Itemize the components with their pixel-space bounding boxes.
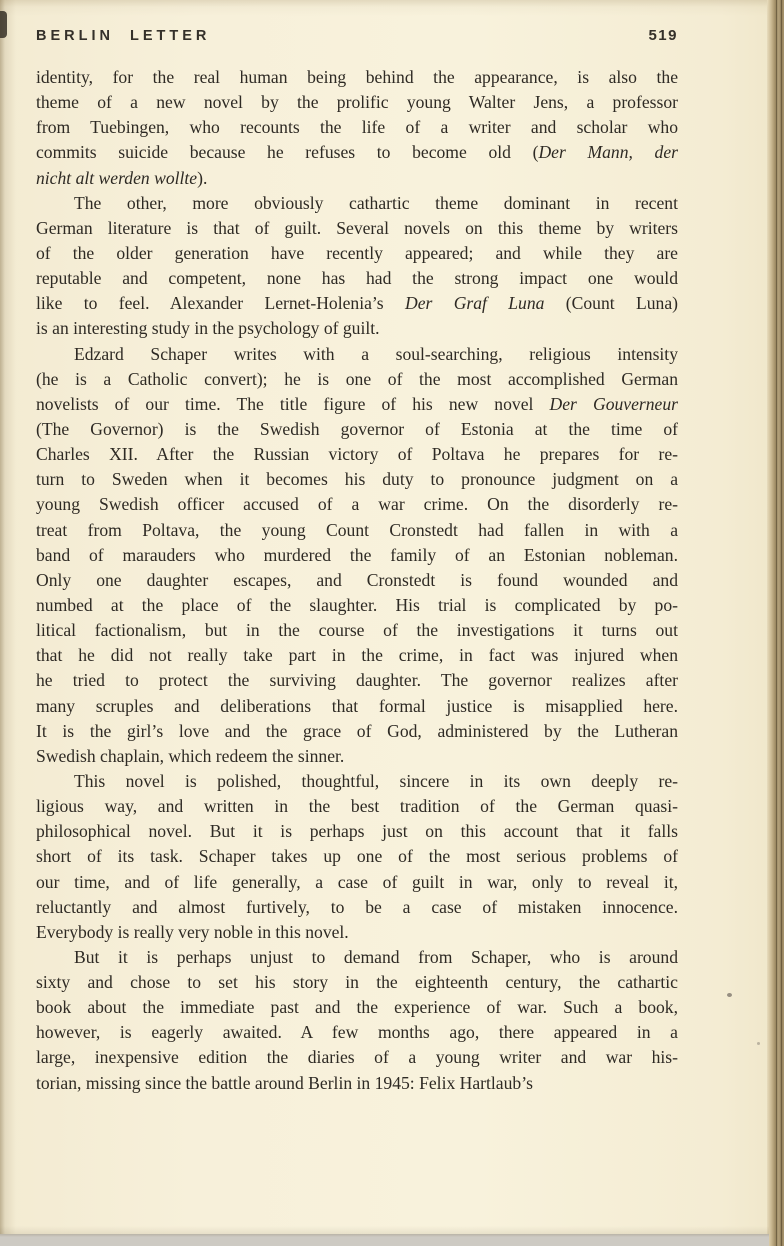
text-run: our time, and of life generally, a case … (36, 872, 678, 892)
text-line: But it is perhaps unjust to demand from … (36, 945, 678, 970)
text-line: The other, more obviously cathartic them… (36, 191, 678, 216)
text-run: however, is eagerly awaited. A few month… (36, 1022, 678, 1042)
text-run: he tried to protect the surviving daught… (36, 670, 678, 690)
text-line: theme of a new novel by the prolific you… (36, 90, 678, 115)
text-run: sixty and chose to set his story in the … (36, 972, 678, 992)
text-line: numbed at the place of the slaughter. Hi… (36, 593, 678, 618)
italic-text-run: Der Graf Luna (405, 293, 544, 313)
text-run: short of its task. Schaper takes up one … (36, 846, 678, 866)
text-line: young Swedish officer accused of a war c… (36, 492, 678, 517)
book-edge-strip (767, 0, 784, 1246)
text-run: theme of a new novel by the prolific you… (36, 92, 678, 112)
text-run: reluctantly and almost furtively, to be … (36, 897, 678, 917)
page-body: identity, for the real human being behin… (36, 65, 678, 1096)
text-line: German literature is that of guilt. Seve… (36, 216, 678, 241)
text-line: Only one daughter escapes, and Cronstedt… (36, 568, 678, 593)
text-line: It is the girl’s love and the grace of G… (36, 719, 678, 744)
text-line: This novel is polished, thoughtful, sinc… (36, 769, 678, 794)
text-run: torian, missing since the battle around … (36, 1073, 533, 1093)
text-line: identity, for the real human being behin… (36, 65, 678, 90)
text-run: from Tuebingen, who recounts the life of… (36, 117, 678, 137)
paper-speck (727, 993, 732, 997)
italic-text-run: Der Gouverneur (550, 394, 678, 414)
text-run: large, inexpensive edition the diaries o… (36, 1047, 678, 1067)
book-edge-line (781, 0, 782, 1246)
text-line: litical factionalism, but in the course … (36, 618, 678, 643)
text-run: numbed at the place of the slaughter. Hi… (36, 595, 678, 615)
ink-smudge (0, 11, 7, 38)
page-bottom-shadow (0, 1226, 769, 1234)
text-run: reputable and competent, none has had th… (36, 268, 678, 288)
text-line: that he did not really take part in the … (36, 643, 678, 668)
text-run: treat from Poltava, the young Count Cron… (36, 520, 678, 540)
running-header: BERLIN LETTER 519 (36, 27, 678, 44)
text-run: turn to Sweden when it becomes his duty … (36, 469, 678, 489)
text-run: of the older generation have recently ap… (36, 243, 678, 263)
text-run: philosophical novel. But it is perhaps j… (36, 821, 678, 841)
text-line: turn to Sweden when it becomes his duty … (36, 467, 678, 492)
text-run: Charles XII. After the Russian victory o… (36, 444, 678, 464)
scan-bottom-band (0, 1234, 769, 1246)
text-line: Swedish chaplain, which redeem the sinne… (36, 744, 678, 769)
text-run: band of marauders who murdered the famil… (36, 545, 678, 565)
text-line: however, is eagerly awaited. A few month… (36, 1020, 678, 1045)
text-run: It is the girl’s love and the grace of G… (36, 721, 678, 741)
text-line: book about the immediate past and the ex… (36, 995, 678, 1020)
text-run: (he is a Catholic convert); he is one of… (36, 369, 678, 389)
text-run: like to feel. Alexander Lernet-Holenia’s (36, 293, 405, 313)
text-line: novelists of our time. The title figure … (36, 392, 678, 417)
text-run: Edzard Schaper writes with a soul-search… (74, 344, 678, 364)
text-line: reputable and competent, none has had th… (36, 266, 678, 291)
italic-text-run: Der Mann, der (538, 142, 678, 162)
text-run: This novel is polished, thoughtful, sinc… (74, 771, 678, 791)
text-line: ligious way, and written in the best tra… (36, 794, 678, 819)
text-line: (he is a Catholic convert); he is one of… (36, 367, 678, 392)
book-edge-line (776, 0, 777, 1246)
text-run: (Count Luna) (544, 293, 678, 313)
text-line: commits suicide because he refuses to be… (36, 140, 678, 165)
text-line: Charles XII. After the Russian victory o… (36, 442, 678, 467)
text-line: large, inexpensive edition the diaries o… (36, 1045, 678, 1070)
text-line: reluctantly and almost furtively, to be … (36, 895, 678, 920)
text-run: book about the immediate past and the ex… (36, 997, 678, 1017)
text-line: torian, missing since the battle around … (36, 1071, 678, 1096)
text-run: novelists of our time. The title figure … (36, 394, 550, 414)
running-header-title: BERLIN LETTER (36, 28, 210, 44)
text-line: treat from Poltava, the young Count Cron… (36, 518, 678, 543)
text-line: Everybody is really very noble in this n… (36, 920, 678, 945)
text-line: of the older generation have recently ap… (36, 241, 678, 266)
paper-speck (757, 1042, 760, 1045)
text-line: short of its task. Schaper takes up one … (36, 844, 678, 869)
text-run: German literature is that of guilt. Seve… (36, 218, 678, 238)
text-run: Swedish chaplain, which redeem the sinne… (36, 746, 344, 766)
text-run: is an interesting study in the psycholog… (36, 318, 380, 338)
text-run: litical factionalism, but in the course … (36, 620, 678, 640)
text-run: ). (197, 168, 207, 188)
text-run: ligious way, and written in the best tra… (36, 796, 678, 816)
text-line: sixty and chose to set his story in the … (36, 970, 678, 995)
text-line: philosophical novel. But it is perhaps j… (36, 819, 678, 844)
text-line: is an interesting study in the psycholog… (36, 316, 678, 341)
text-line: he tried to protect the surviving daught… (36, 668, 678, 693)
text-line: many scruples and deliberations that for… (36, 694, 678, 719)
text-run: The other, more obviously cathartic them… (74, 193, 678, 213)
text-run: Only one daughter escapes, and Cronstedt… (36, 570, 678, 590)
text-line: nicht alt werden wollte). (36, 166, 678, 191)
text-line: from Tuebingen, who recounts the life of… (36, 115, 678, 140)
text-run: identity, for the real human being behin… (36, 67, 678, 87)
text-run: But it is perhaps unjust to demand from … (74, 947, 678, 967)
text-run: many scruples and deliberations that for… (36, 696, 678, 716)
text-line: Edzard Schaper writes with a soul-search… (36, 342, 678, 367)
text-line: (The Governor) is the Swedish governor o… (36, 417, 678, 442)
text-line: our time, and of life generally, a case … (36, 870, 678, 895)
text-line: band of marauders who murdered the famil… (36, 543, 678, 568)
text-run: that he did not really take part in the … (36, 645, 678, 665)
text-run: young Swedish officer accused of a war c… (36, 494, 678, 514)
text-run: Everybody is really very noble in this n… (36, 922, 349, 942)
italic-text-run: nicht alt werden wollte (36, 168, 197, 188)
book-page-scan: BERLIN LETTER 519 identity, for the real… (0, 0, 784, 1246)
text-line: like to feel. Alexander Lernet-Holenia’s… (36, 291, 678, 316)
text-run: (The Governor) is the Swedish governor o… (36, 419, 678, 439)
page-number: 519 (648, 27, 678, 44)
text-run: commits suicide because he refuses to be… (36, 142, 538, 162)
